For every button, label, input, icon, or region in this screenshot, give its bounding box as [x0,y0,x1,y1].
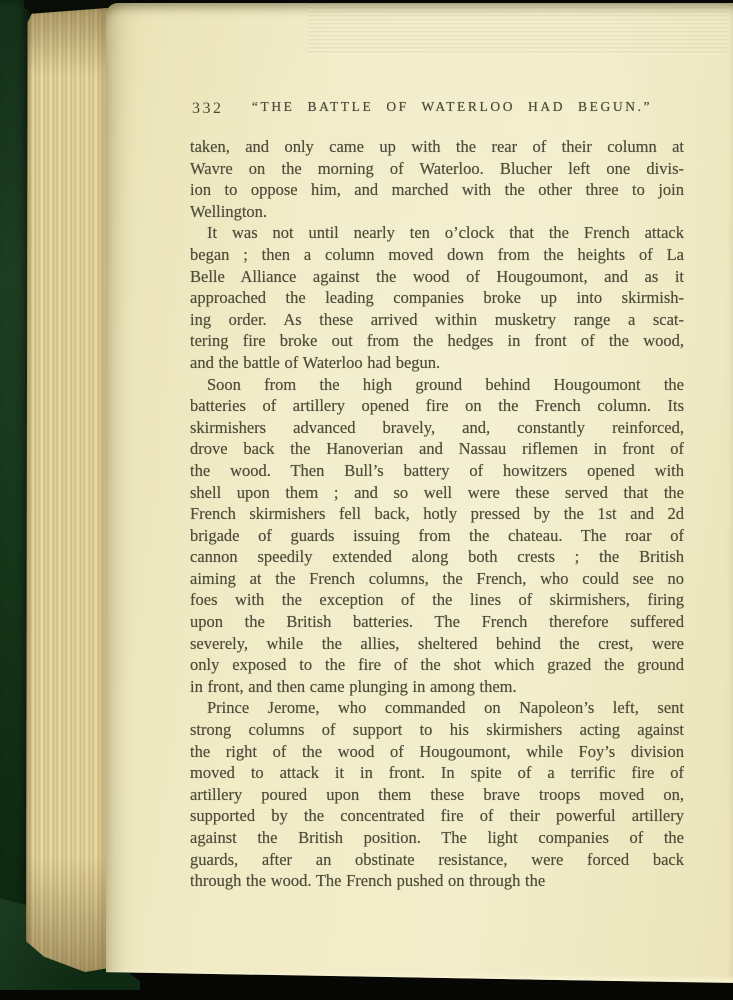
text-line: tering fire broke out from the hedges in… [190,330,684,352]
book-photo: 332 “THE BATTLE OF WATERLOO HAD BEGUN.” … [0,0,733,1000]
text-line: ion to oppose him, and marched with the … [190,179,684,201]
text-line: approached the leading companies broke u… [190,287,684,309]
text-line: Belle Alliance against the wood of Hougo… [190,266,684,288]
text-line: and the battle of Waterloo had begun. [190,352,684,374]
text-line: began ; then a column moved down from th… [190,244,684,266]
page-header: 332 “THE BATTLE OF WATERLOO HAD BEGUN.” [190,99,684,121]
text-line: upon the British batteries. The French t… [190,611,684,633]
page-edge-stack [26,8,108,972]
paragraph: Soon from the high ground behind Hougoum… [190,374,684,698]
text-line: French skirmishers fell back, hotly pres… [190,503,684,525]
running-head: “THE BATTLE OF WATERLOO HAD BEGUN.” [190,99,684,115]
text-line: It was not until nearly ten o’clock that… [190,222,684,244]
text-line: drove back the Hanoverian and Nassau rif… [190,438,684,460]
paragraph: It was not until nearly ten o’clock that… [190,222,684,373]
paragraph: Prince Jerome, who commanded on Napoleon… [190,697,684,891]
text-line: taken, and only came up with the rear of… [190,136,684,158]
text-line: ing order. As these arrived within muske… [190,309,684,331]
text-line: brigade of guards issuing from the chate… [190,525,684,547]
page-bottom-edge [106,970,733,982]
paragraph: taken, and only came up with the rear of… [190,136,684,222]
page-text: taken, and only came up with the rear of… [190,136,684,892]
text-line: in front, and then came plunging in amon… [190,676,684,698]
text-line: strong columns of support to his skirmis… [190,719,684,741]
text-line: only exposed to the fire of the shot whi… [190,654,684,676]
text-line: supported by the concentrated fire of th… [190,805,684,827]
text-line: Soon from the high ground behind Hougoum… [190,374,684,396]
text-line: guards, after an obstinate resistance, w… [190,849,684,871]
page-number: 332 [192,100,224,118]
text-line: the wood. Then Bull’s battery of howitze… [190,460,684,482]
text-line: cannon speedily extended along both cres… [190,546,684,568]
text-line: Wavre on the morning of Waterloo. Bluche… [190,158,684,180]
text-line: foes with the exception of the lines of … [190,589,684,611]
text-line: severely, while the allies, sheltered be… [190,633,684,655]
text-line: against the British position. The light … [190,827,684,849]
book-cover [0,0,30,990]
text-line: the right of the wood of Hougoumont, whi… [190,741,684,763]
text-line: batteries of artillery opened fire on th… [190,395,684,417]
text-line: Wellington. [190,201,684,223]
book-page: 332 “THE BATTLE OF WATERLOO HAD BEGUN.” … [106,3,733,1000]
text-line: through the wood. The French pushed on t… [190,870,684,892]
text-line: artillery poured upon them these brave t… [190,784,684,806]
text-line: moved to attack it in front. In spite of… [190,762,684,784]
text-line: Prince Jerome, who commanded on Napoleon… [190,697,684,719]
text-line: skirmishers advanced bravely, and, const… [190,417,684,439]
text-line: shell upon them ; and so well were these… [190,482,684,504]
text-line: aiming at the French columns, the French… [190,568,684,590]
